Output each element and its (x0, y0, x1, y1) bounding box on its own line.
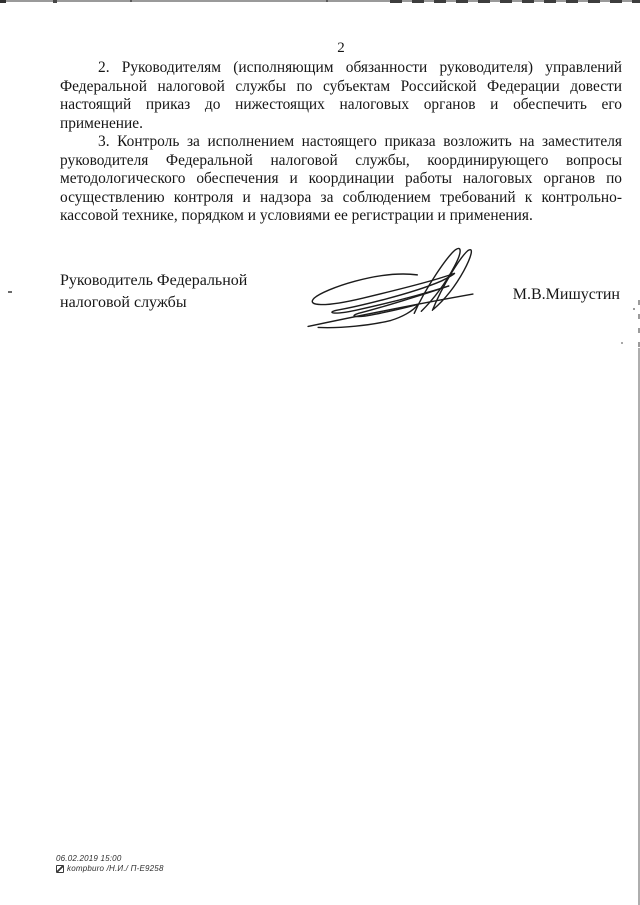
paragraph-order-item-2: 2. Руководителям (исполняющим обязанност… (60, 59, 622, 133)
footer-stamp-text: kompburo /Н.И./ П-Е9258 (67, 864, 164, 874)
signatory-position: Руководитель Федеральной налоговой служб… (60, 270, 292, 313)
signatory-name: М.В.Мишустин (513, 286, 620, 304)
paragraph-order-item-3: 3. Контроль за исполнением настоящего пр… (60, 133, 622, 226)
document-page: 2 2. Руководителям (исполняющим обязанно… (0, 0, 640, 905)
scan-speck (633, 308, 635, 310)
scan-speck (8, 291, 12, 293)
handwritten-signature-icon (300, 240, 482, 332)
footer-datetime: 06.02.2019 15:00 (56, 854, 164, 864)
scan-speck (53, 0, 57, 3)
stamp-icon (56, 865, 64, 873)
scan-artifact-top-edge (0, 0, 640, 2)
footer-stamp-line: kompburo /Н.И./ П-Е9258 (56, 864, 164, 874)
scan-speck (130, 0, 132, 2)
page-number: 2 (60, 40, 622, 57)
scan-speck (326, 0, 328, 2)
document-body: 2. Руководителям (исполняющим обязанност… (60, 59, 622, 226)
footer-stamp-block: 06.02.2019 15:00 kompburo /Н.И./ П-Е9258 (56, 854, 164, 874)
scan-speck (621, 342, 623, 344)
